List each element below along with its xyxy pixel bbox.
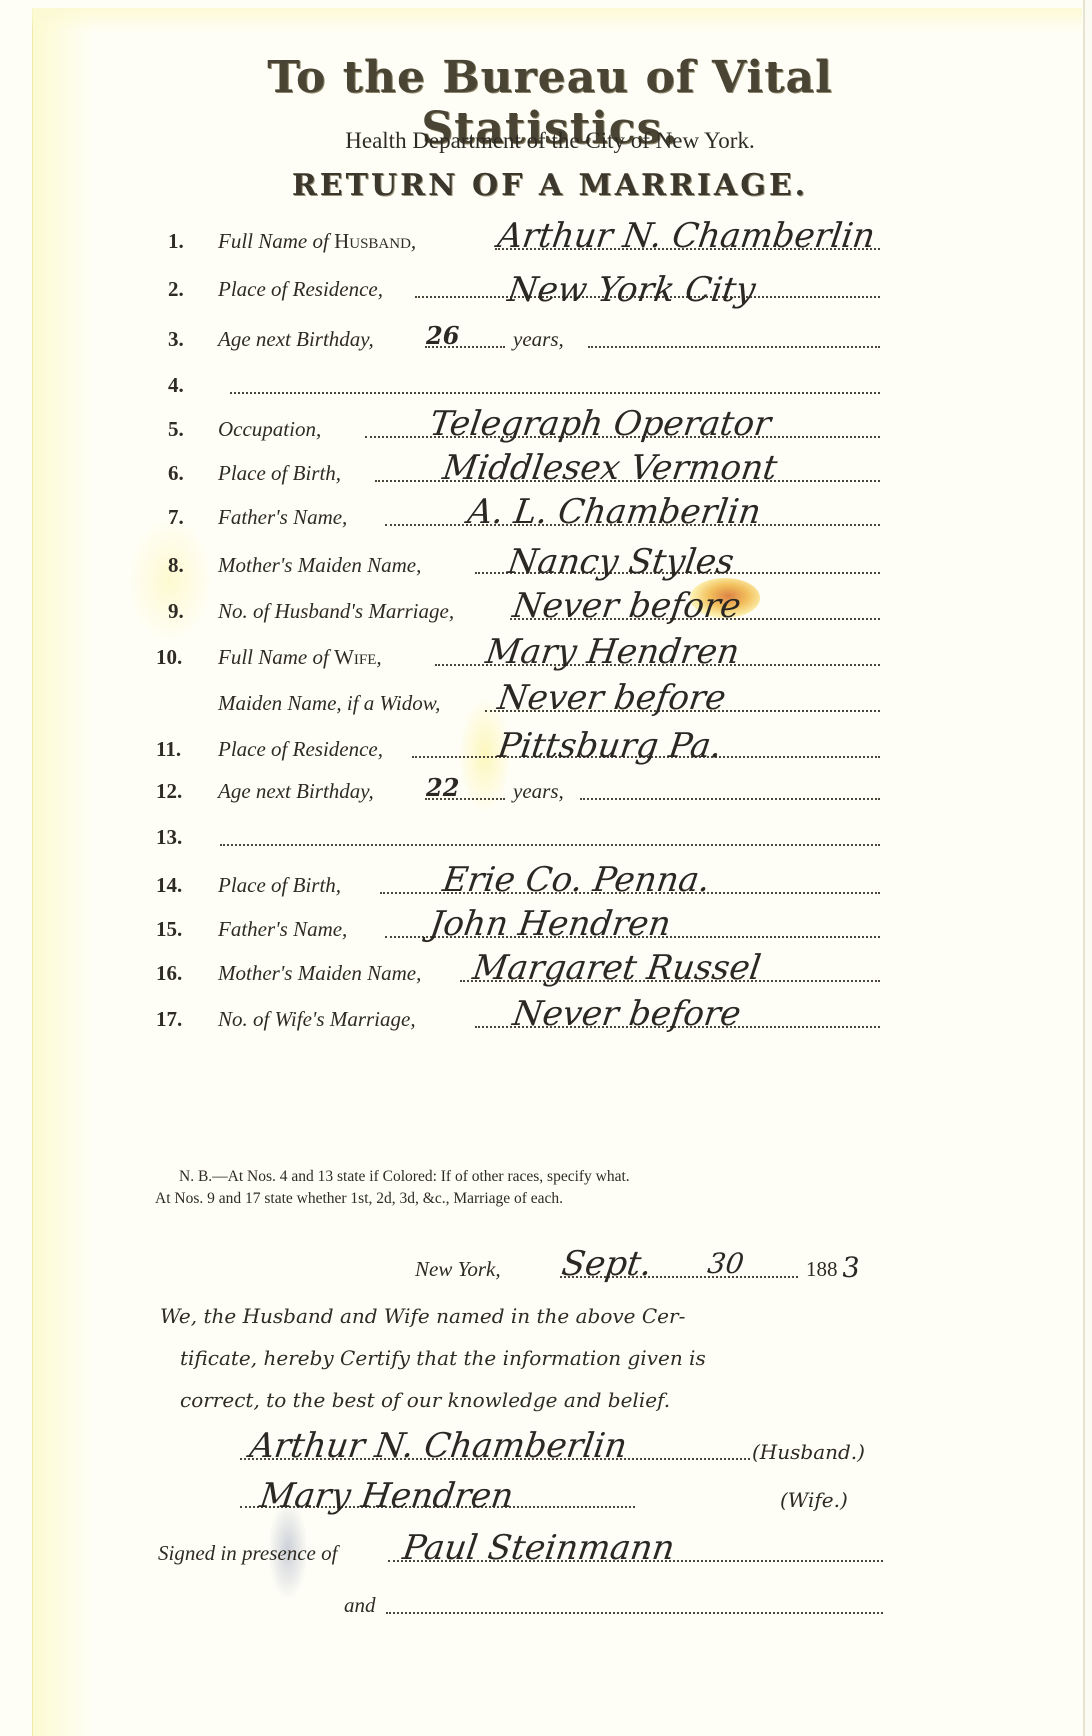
field-husband-marriage-no: 9. No. of Husband's Marriage, Never befo… [168,592,880,628]
field-wife-birthplace: 14. Place of Birth, Erie Co. Penna. [168,866,880,902]
paper-edge-tint [32,8,92,1736]
field-label: Father's Name, [218,917,347,942]
field-husband-residence: 2. Place of Residence, New York City [168,270,880,306]
handwritten-value: Nancy Styles [505,542,736,582]
second-witness-line: and [158,1582,883,1622]
field-husband-name: 1. Full Name of Husband, Arthur N. Chamb… [168,222,880,258]
field-number: 16. [156,961,198,986]
handwritten-value: John Hendren [427,904,673,944]
field-label: Father's Name, [218,505,347,530]
instructions-note: N. B.—At Nos. 4 and 13 state if Colored:… [155,1166,885,1210]
cert-line: We, the Husband and Wife named in the ab… [160,1304,685,1328]
wife-signature-line: Mary Hendren (Wife.) [240,1476,890,1516]
note-line: At Nos. 9 and 17 state whether 1st, 2d, … [155,1190,563,1207]
cert-line: correct, to the best of our knowledge an… [160,1379,890,1421]
field-label: Occupation, [218,417,321,442]
field-number: 15. [156,917,198,942]
handwritten-value: Never before [510,586,743,626]
witness-signature: Paul Steinmann [400,1528,677,1568]
field-label: Age next Birthday, [218,779,374,804]
field-number: 6. [168,461,210,486]
field-number: 14. [156,873,198,898]
witness-label: Signed in presence of [158,1541,337,1566]
field-label: Mother's Maiden Name, [218,961,421,986]
field-label: Full Name of Husband, [218,229,416,254]
date-place: New York, [415,1257,501,1282]
fill-line [580,798,880,800]
field-number: 2. [168,277,210,302]
form-title: RETURN OF A MARRIAGE. [190,168,910,203]
field-wife-name: 10. Full Name of Wife, Mary Hendren [168,638,880,674]
field-number: 8. [168,553,210,578]
date-year-suffix: 3 [840,1251,862,1284]
handwritten-value: Mary Hendren [483,632,742,672]
note-line: N. B.—At Nos. 4 and 13 state if Colored:… [155,1166,885,1188]
and-label: and [344,1593,376,1618]
field-number: 9. [168,599,210,624]
field-number: 11. [156,737,198,762]
field-husband-color: 4. [168,366,880,402]
field-number: 1. [168,229,210,254]
field-label: Age next Birthday, [218,327,374,352]
field-label: Maiden Name, if a Widow, [218,691,440,716]
handwritten-value: Middlesex Vermont [440,448,779,488]
field-label: Place of Residence, [218,277,383,302]
fill-line [588,346,880,348]
paper-left-edge [32,8,33,1736]
scan-margin [1085,0,1092,1736]
field-number: 13. [156,825,198,850]
field-husband-father: 7. Father's Name, A. L. Chamberlin [168,498,880,534]
handwritten-value: Erie Co. Penna. [440,860,712,900]
field-husband-age: 3. Age next Birthday, 26 years, [168,320,880,356]
field-number: 4. [168,373,210,398]
wife-role-label: (Wife.) [780,1488,848,1512]
field-wife-father: 15. Father's Name, John Hendren [168,910,880,946]
field-label: Place of Birth, [218,873,341,898]
husband-signature: Arthur N. Chamberlin [247,1426,629,1466]
husband-signature-line: Arthur N. Chamberlin (Husband.) [240,1428,890,1468]
fill-line [386,1612,883,1614]
field-wife-marriage-no: 17. No. of Wife's Marriage, Never before [168,1000,880,1036]
handwritten-value: Never before [495,678,728,718]
field-wife-age: 12. Age next Birthday, 22 years, [168,772,880,808]
fill-line [220,844,880,846]
field-wife-residence: 11. Place of Residence, Pittsburg Pa. [168,730,880,766]
handwritten-value: 26 [426,321,459,350]
date-year-prefix: 188 [806,1257,838,1282]
field-number: 17. [156,1007,198,1032]
field-number: 7. [168,505,210,530]
unit-label: years, [513,779,564,804]
field-number: 10. [156,645,198,670]
certification-text: We, the Husband and Wife named in the ab… [160,1295,890,1421]
handwritten-value: Telegraph Operator [427,404,773,444]
field-label: Mother's Maiden Name, [218,553,421,578]
handwritten-value: 22 [426,773,459,802]
paper-top-tint [32,8,1082,32]
field-husband-mother: 8. Mother's Maiden Name, Nancy Styles [168,546,880,582]
handwritten-value: Margaret Russel [470,948,763,988]
date-month: Sept. [559,1244,654,1284]
unit-label: years, [513,327,564,352]
witness-line: Signed in presence of Paul Steinmann [158,1530,883,1570]
field-label: Full Name of Wife, [218,645,382,670]
handwritten-value: Never before [510,994,743,1034]
field-label: Place of Residence, [218,737,383,762]
fill-line [230,392,880,394]
document-subtitle: Health Department of the City of New Yor… [190,128,910,154]
wife-signature: Mary Hendren [257,1476,516,1516]
cert-line: tificate, hereby Certify that the inform… [160,1337,890,1379]
date-line: New York, Sept. 30 188 3 [410,1250,880,1286]
field-number: 3. [168,327,210,352]
field-label: No. of Husband's Marriage, [218,599,454,624]
husband-role-label: (Husband.) [752,1440,865,1464]
field-label: Place of Birth, [218,461,341,486]
field-label: No. of Wife's Marriage, [218,1007,416,1032]
field-wife-maiden-name: Maiden Name, if a Widow, Never before [168,684,880,720]
field-husband-occupation: 5. Occupation, Telegraph Operator [168,410,880,446]
field-number: 5. [168,417,210,442]
field-wife-color: 13. [168,818,880,854]
date-day: 30 [706,1247,746,1280]
field-husband-birthplace: 6. Place of Birth, Middlesex Vermont [168,454,880,490]
handwritten-value: A. L. Chamberlin [465,492,763,532]
handwritten-value: New York City [505,270,758,310]
handwritten-value: Arthur N. Chamberlin [495,216,877,256]
field-number: 12. [156,779,198,804]
handwritten-value: Pittsburg Pa. [495,726,724,766]
field-wife-mother: 16. Mother's Maiden Name, Margaret Russe… [168,954,880,990]
